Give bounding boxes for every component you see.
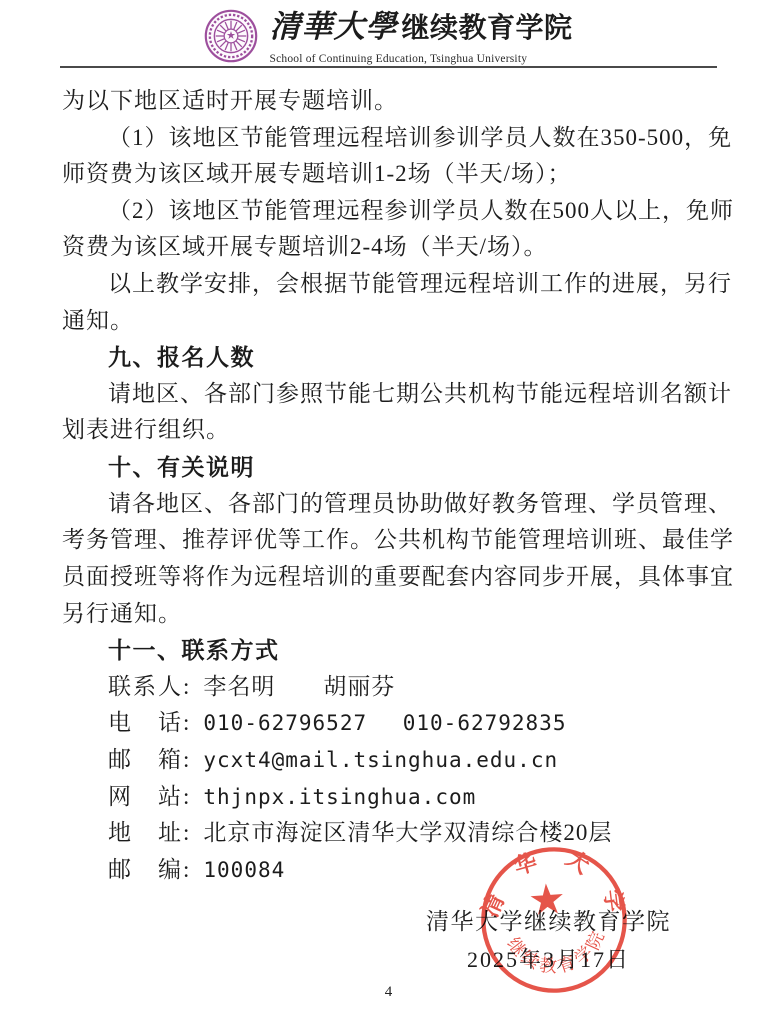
body-line: 请各地区、各部门的管理员协助做好教务管理、学员管理、: [62, 486, 712, 523]
page-number: 4: [0, 984, 777, 1001]
body-line: 考务管理、推荐评优等工作。公共机构节能管理培训班、最佳学: [62, 522, 712, 559]
body-line: 师资费为该区域开展专题培训1-2场（半天/场）；: [62, 156, 712, 193]
body-line: （2）该地区节能管理远程参训学员人数在500人以上，免师: [62, 193, 712, 230]
contact-label: 联系人:: [108, 674, 191, 699]
institution-subtitle-english: School of Continuing Education, Tsinghua…: [269, 53, 572, 65]
seal-star-icon: [530, 882, 564, 915]
contact-row-email: 邮 箱:ycxt4@mail.tsinghua.edu.cn: [62, 742, 712, 779]
title-calligraphy: 清華大學: [269, 9, 397, 45]
contact-phone-numbers: 010-62796527 010-62792835: [203, 711, 566, 735]
contact-label: 网 站:: [108, 784, 191, 809]
body-line: 员面授班等将作为远程培训的重要配套内容同步开展，具体事宜: [62, 559, 712, 596]
body-line: 划表进行组织。: [62, 412, 712, 449]
contact-row-website: 网 站:thjnpx.itsinghua.com: [62, 779, 712, 816]
contact-label: 地 址:: [108, 820, 191, 845]
contact-row-phone: 电 话:010-62796527 010-62792835: [62, 705, 712, 742]
title-school-name: 继续教育学院: [401, 12, 572, 43]
body-line: 为以下地区适时开展专题培训。: [62, 83, 712, 120]
section-heading-11: 十一、联系方式: [62, 632, 712, 669]
body-line: 请地区、各部门参照节能七期公共机构节能远程培训名额计: [62, 376, 712, 413]
official-red-seal-stamp: 清华大学 继续教育学院: [470, 836, 639, 1005]
contact-label: 邮 箱:: [108, 747, 191, 772]
document-body: 为以下地区适时开展专题培训。 （1）该地区节能管理远程培训参训学员人数在350-…: [62, 83, 712, 888]
contact-postcode: 100084: [203, 858, 285, 882]
body-line: 资费为该区域开展专题培训2-4场（半天/场）。: [62, 229, 712, 266]
document-page: 清華大學 继续教育学院 School of Continuing Educati…: [0, 0, 777, 1024]
body-line: 通知。: [62, 303, 712, 340]
contact-person-names: 李名明 胡丽芬: [203, 674, 395, 699]
seal-top-text: 清华大学: [473, 838, 631, 946]
contact-label: 电 话:: [108, 710, 191, 735]
letterhead: 清華大學 继续教育学院 School of Continuing Educati…: [0, 9, 777, 65]
contact-row-person: 联系人:李名明 胡丽芬: [62, 669, 712, 706]
header-divider: [60, 66, 717, 68]
contact-website: thjnpx.itsinghua.com: [203, 785, 476, 809]
body-line: 另行通知。: [62, 596, 712, 633]
tsinghua-university-seal-icon: [204, 9, 258, 63]
section-heading-10: 十、有关说明: [62, 449, 712, 486]
body-line: 以上教学安排，会根据节能管理远程培训工作的进展，另行: [62, 266, 712, 303]
body-line: （1）该地区节能管理远程培训参训学员人数在350-500，免: [62, 120, 712, 157]
seal-bottom-text: 继续教育学院: [501, 924, 613, 982]
contact-label: 邮 编:: [108, 857, 191, 882]
contact-email: ycxt4@mail.tsinghua.edu.cn: [203, 748, 558, 772]
institution-title: 清華大學 继续教育学院: [269, 9, 572, 51]
section-heading-9: 九、报名人数: [62, 339, 712, 376]
